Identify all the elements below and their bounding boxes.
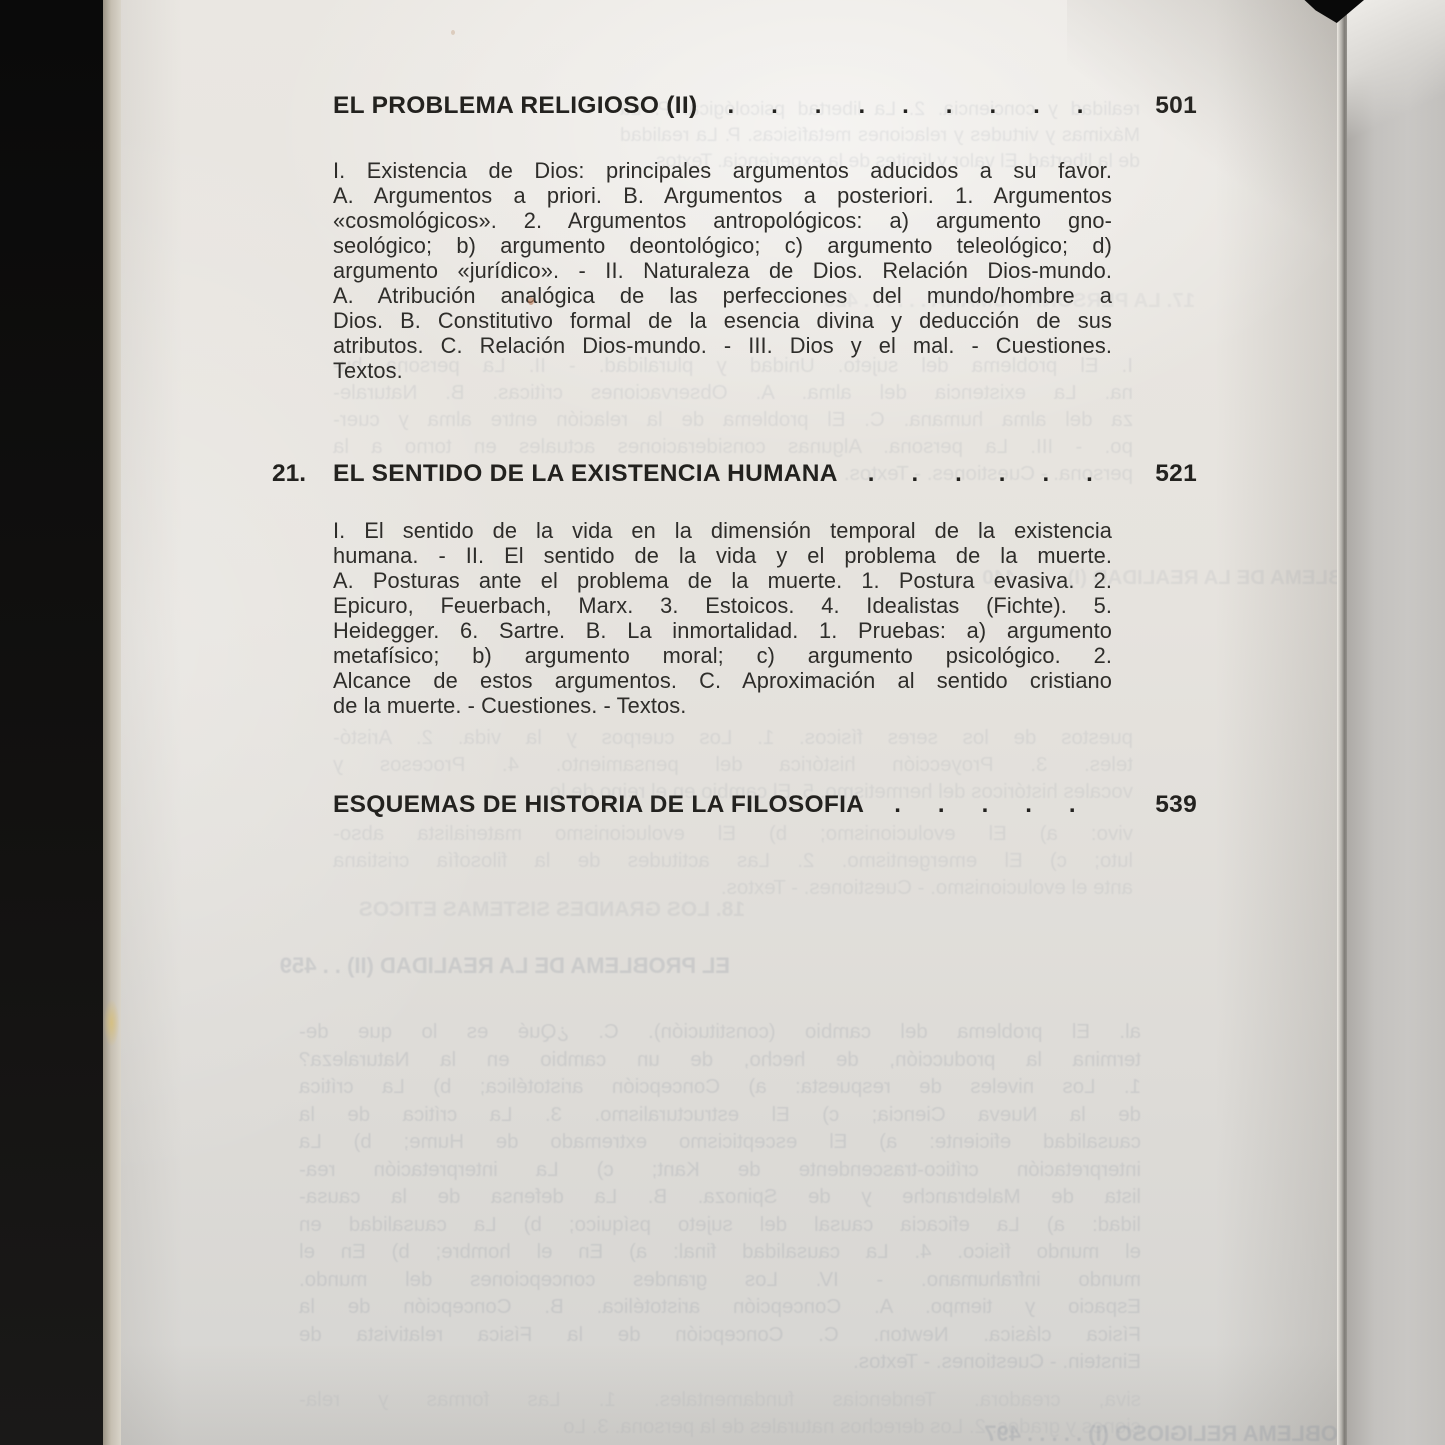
toc-entry-description: I. Existencia de Dios: principales argum… [333,158,1112,383]
bleed-through-heading: EL PROBLEMA DE LA REALIDAD (II) . . 459 [170,952,730,979]
bleed-through-heading: 20. EL PROBLEMA RELIGIOSO (I) . . . . . … [299,1420,1439,1445]
page-fold-shadow [1067,0,1337,250]
toc-entry-page-number: 539 [1139,791,1197,819]
stain-mark [104,1000,119,1046]
toc-entry-title: ESQUEMAS DE HISTORIA DE LA FILOSOFIA [333,791,864,819]
book-page: realidad y conciencia. 2. La libertad ps… [121,0,1337,1445]
bleed-through-heading: 18. LOS GRANDES SISTEMAS ETICOS [315,896,745,923]
bleed-through-text: vivo: a) El evolucionismo; b) El evoluci… [333,820,1133,901]
toc-entry-description: I. El sentido de la vida en la dimensión… [333,518,1112,718]
toc-entry-row: ESQUEMAS DE HISTORIA DE LA FILOSOFIA ...… [333,791,1197,819]
toc-entry-title: EL SENTIDO DE LA EXISTENCIA HUMANA [333,460,838,488]
toc-entry-row: EL SENTIDO DE LA EXISTENCIA HUMANA .....… [333,460,1197,488]
toc-chapter-number: 21. [272,460,306,488]
adjacent-page-corner-highlight [1347,0,1445,210]
adjacent-page [1347,0,1445,1445]
background-left [0,0,103,1445]
bleed-through-text: al. El problema del cambio (constitución… [299,1018,1141,1376]
book-photo: realidad y conciencia. 2. La libertad ps… [0,0,1445,1445]
paper-speck [528,297,534,305]
dot-leader: ..... [894,791,1127,819]
page-crease [1337,0,1347,1445]
paper-speck [451,30,455,35]
toc-entry-title: EL PROBLEMA RELIGIOSO (II) [333,92,697,120]
dot-leader: ...... [868,460,1127,488]
page-edge-strip [103,0,121,1445]
toc-entry-page-number: 521 [1139,460,1197,488]
